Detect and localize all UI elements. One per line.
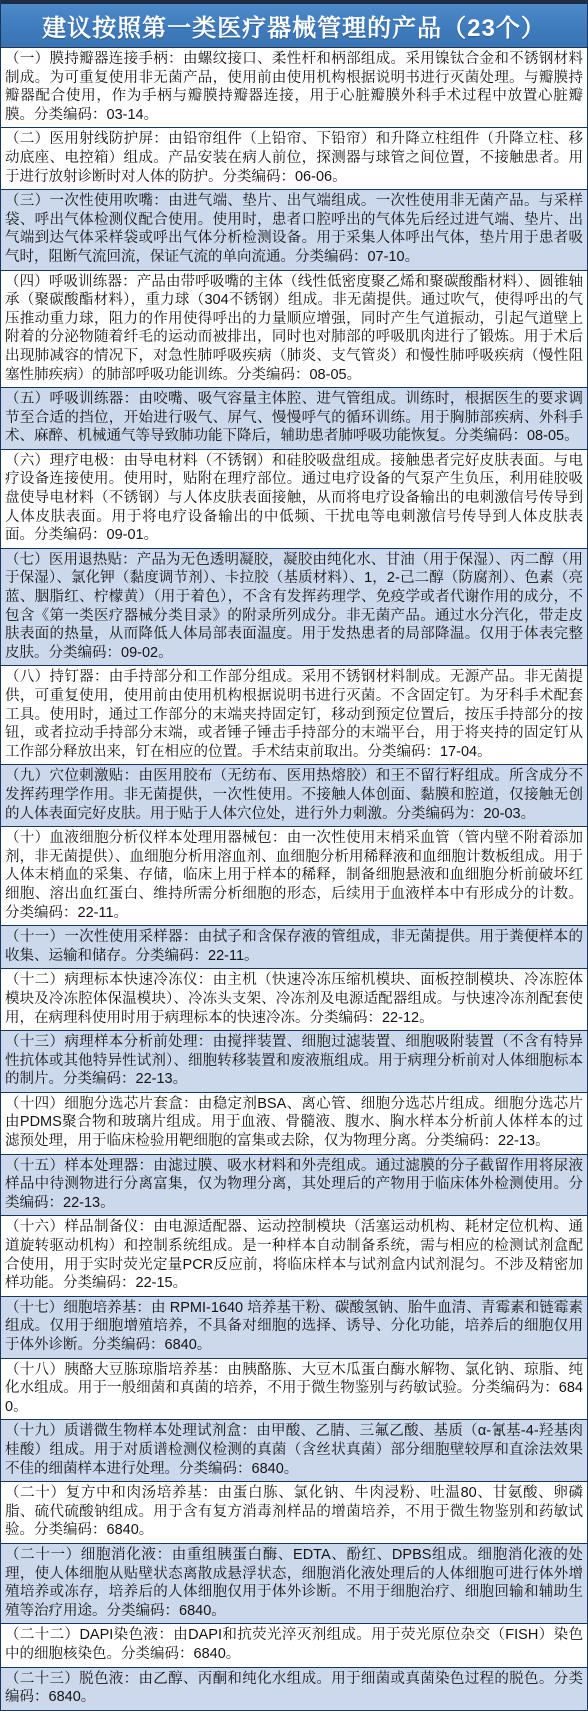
list-item: （十六）样品制备仪：由电源适配器、运动控制模块（活塞运动机构、耗材定位机构、通道…: [1, 1216, 587, 1296]
list-item: （十）血液细胞分析仪样本处理用器械包：由一次性使用末梢采血管（管内壁不附着添加剂…: [1, 827, 587, 926]
list-item: （九）穴位刺激贴：由医用胶布（无纺布、医用热熔胶）和王不留行籽组成。所含成分不发…: [1, 765, 587, 827]
list-item: （二十二）DAPI染色液：由DAPI和抗荧光淬灭剂组成。用于荧光原位杂交（FIS…: [1, 1624, 587, 1667]
list-item: （十五）样本处理器：由滤过膜、吸水材料和外壳组成。通过滤膜的分子截留作用将尿液样…: [1, 1155, 587, 1217]
list-item: （八）持钉器：由手持部分和工作部分组成。采用不锈钢材料制成。无源产品。非无菌提供…: [1, 666, 587, 765]
list-item: （二十三）脱色液：由乙醇、丙酮和纯化水组成。用于细菌或真菌染色过程的脱色。分类编…: [1, 1668, 587, 1710]
list-item: （十一）一次性使用采样器：由拭子和含保存液的管组成，非无菌提供。用于粪便样本的收…: [1, 926, 587, 969]
list-item: （十三）病理样本分析前处理：由搅拌装置、细胞过滤装置、细胞吸附装置（不含有特异性…: [1, 1031, 587, 1093]
list-item: （五）呼吸训练器：由咬嘴、吸气容量主体腔、进气管组成。训练时，根据医生的要求调节…: [1, 388, 587, 450]
list-item: （二）医用射线防护屏：由铅帘组件（上铅帘、下铅帘）和升降立柱组件（升降立柱、移动…: [1, 128, 587, 190]
product-list: （一）膜持瓣器连接手柄：由螺纹接口、柔性杆和柄部组成。采用镍钛合金和不锈钢材料制…: [1, 48, 587, 1710]
document-header: 建议按照第一类医疗器械管理的产品（23个）: [1, 0, 587, 48]
list-item: （二十一）细胞消化液：由重组胰蛋白酶、EDTA、酚红、DPBS组成。细胞消化液的…: [1, 1544, 587, 1624]
list-item: （三）一次性使用吹嘴：由进气端、垫片、出气端组成。一次性使用非无菌产品。与采样袋…: [1, 190, 587, 270]
list-item: （十八）胰酪大豆胨琼脂培养基：由胰酪胨、大豆木瓜蛋白酶水解物、氯化钠、琼脂、纯化…: [1, 1359, 587, 1421]
list-item: （十四）细胞分选芯片套盒：由稳定剂BSA、离心管、细胞分选芯片组成。细胞分选芯片…: [1, 1093, 587, 1155]
list-item: （四）呼吸训练器：产品由带呼吸嘴的主体（线性低密度聚乙烯和聚碳酸酯材料）、圆锥轴…: [1, 271, 587, 389]
list-item: （二十）复方中和肉汤培养基：由蛋白胨、氯化钠、牛肉浸粉、吐温80、甘氨酸、卵磷脂…: [1, 1482, 587, 1544]
list-item: （十七）细胞培养基：由 RPMI-1640 培养基干粉、碳酸氢钠、胎牛血清、青霉…: [1, 1297, 587, 1359]
list-item: （七）医用退热贴：产品为无色透明凝胶，凝胶由纯化水、甘油（用于保湿）、丙二醇（用…: [1, 549, 587, 667]
list-item: （六）理疗电极：由导电材料（不锈钢）和硅胶吸盘组成。接触患者完好皮肤表面。与电疗…: [1, 450, 587, 549]
page-title: 建议按照第一类医疗器械管理的产品（23个）: [42, 8, 546, 43]
list-item: （十九）质谱微生物样本处理试剂盒：由甲酸、乙腈、三氟乙酸、基质（α-氰基-4-羟…: [1, 1420, 587, 1482]
list-item: （一）膜持瓣器连接手柄：由螺纹接口、柔性杆和柄部组成。采用镍钛合金和不锈钢材料制…: [1, 48, 587, 128]
document-page: 建议按照第一类医疗器械管理的产品（23个） （一）膜持瓣器连接手柄：由螺纹接口、…: [0, 0, 588, 1711]
list-item: （十二）病理标本快速冷冻仪：由主机（快速冷冻压缩机模块、面板控制模块、冷冻腔体模…: [1, 969, 587, 1031]
